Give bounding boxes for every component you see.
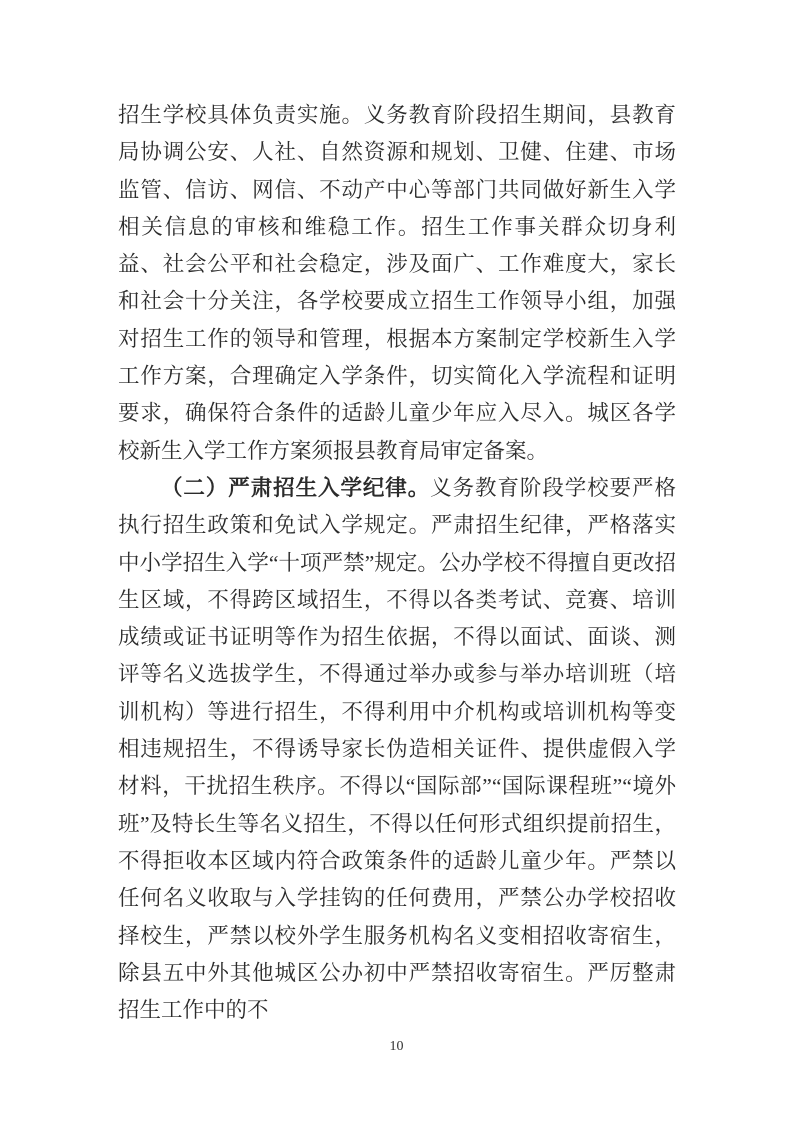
section-2-heading: （二）严肃招生入学纪律。 xyxy=(161,476,430,500)
paragraph-1-text: 招生学校具体负责实施。义务教育阶段招生期间，县教育局协调公安、人社、自然资源和规… xyxy=(118,103,676,463)
document-page: 招生学校具体负责实施。义务教育阶段招生期间，县教育局协调公安、人社、自然资源和规… xyxy=(0,0,793,1122)
page-content: 招生学校具体负责实施。义务教育阶段招生期间，县教育局协调公安、人社、自然资源和规… xyxy=(118,97,676,1029)
section-2-body-text: 义务教育阶段学校要严格执行招生政策和免试入学规定。严肃招生纪律，严格落实中小学招… xyxy=(118,476,676,1022)
page-number: 10 xyxy=(0,1038,793,1056)
body-paragraph-1: 招生学校具体负责实施。义务教育阶段招生期间，县教育局协调公安、人社、自然资源和规… xyxy=(118,97,676,470)
body-paragraph-2: （二）严肃招生入学纪律。义务教育阶段学校要严格执行招生政策和免试入学规定。严肃招… xyxy=(118,470,676,1029)
